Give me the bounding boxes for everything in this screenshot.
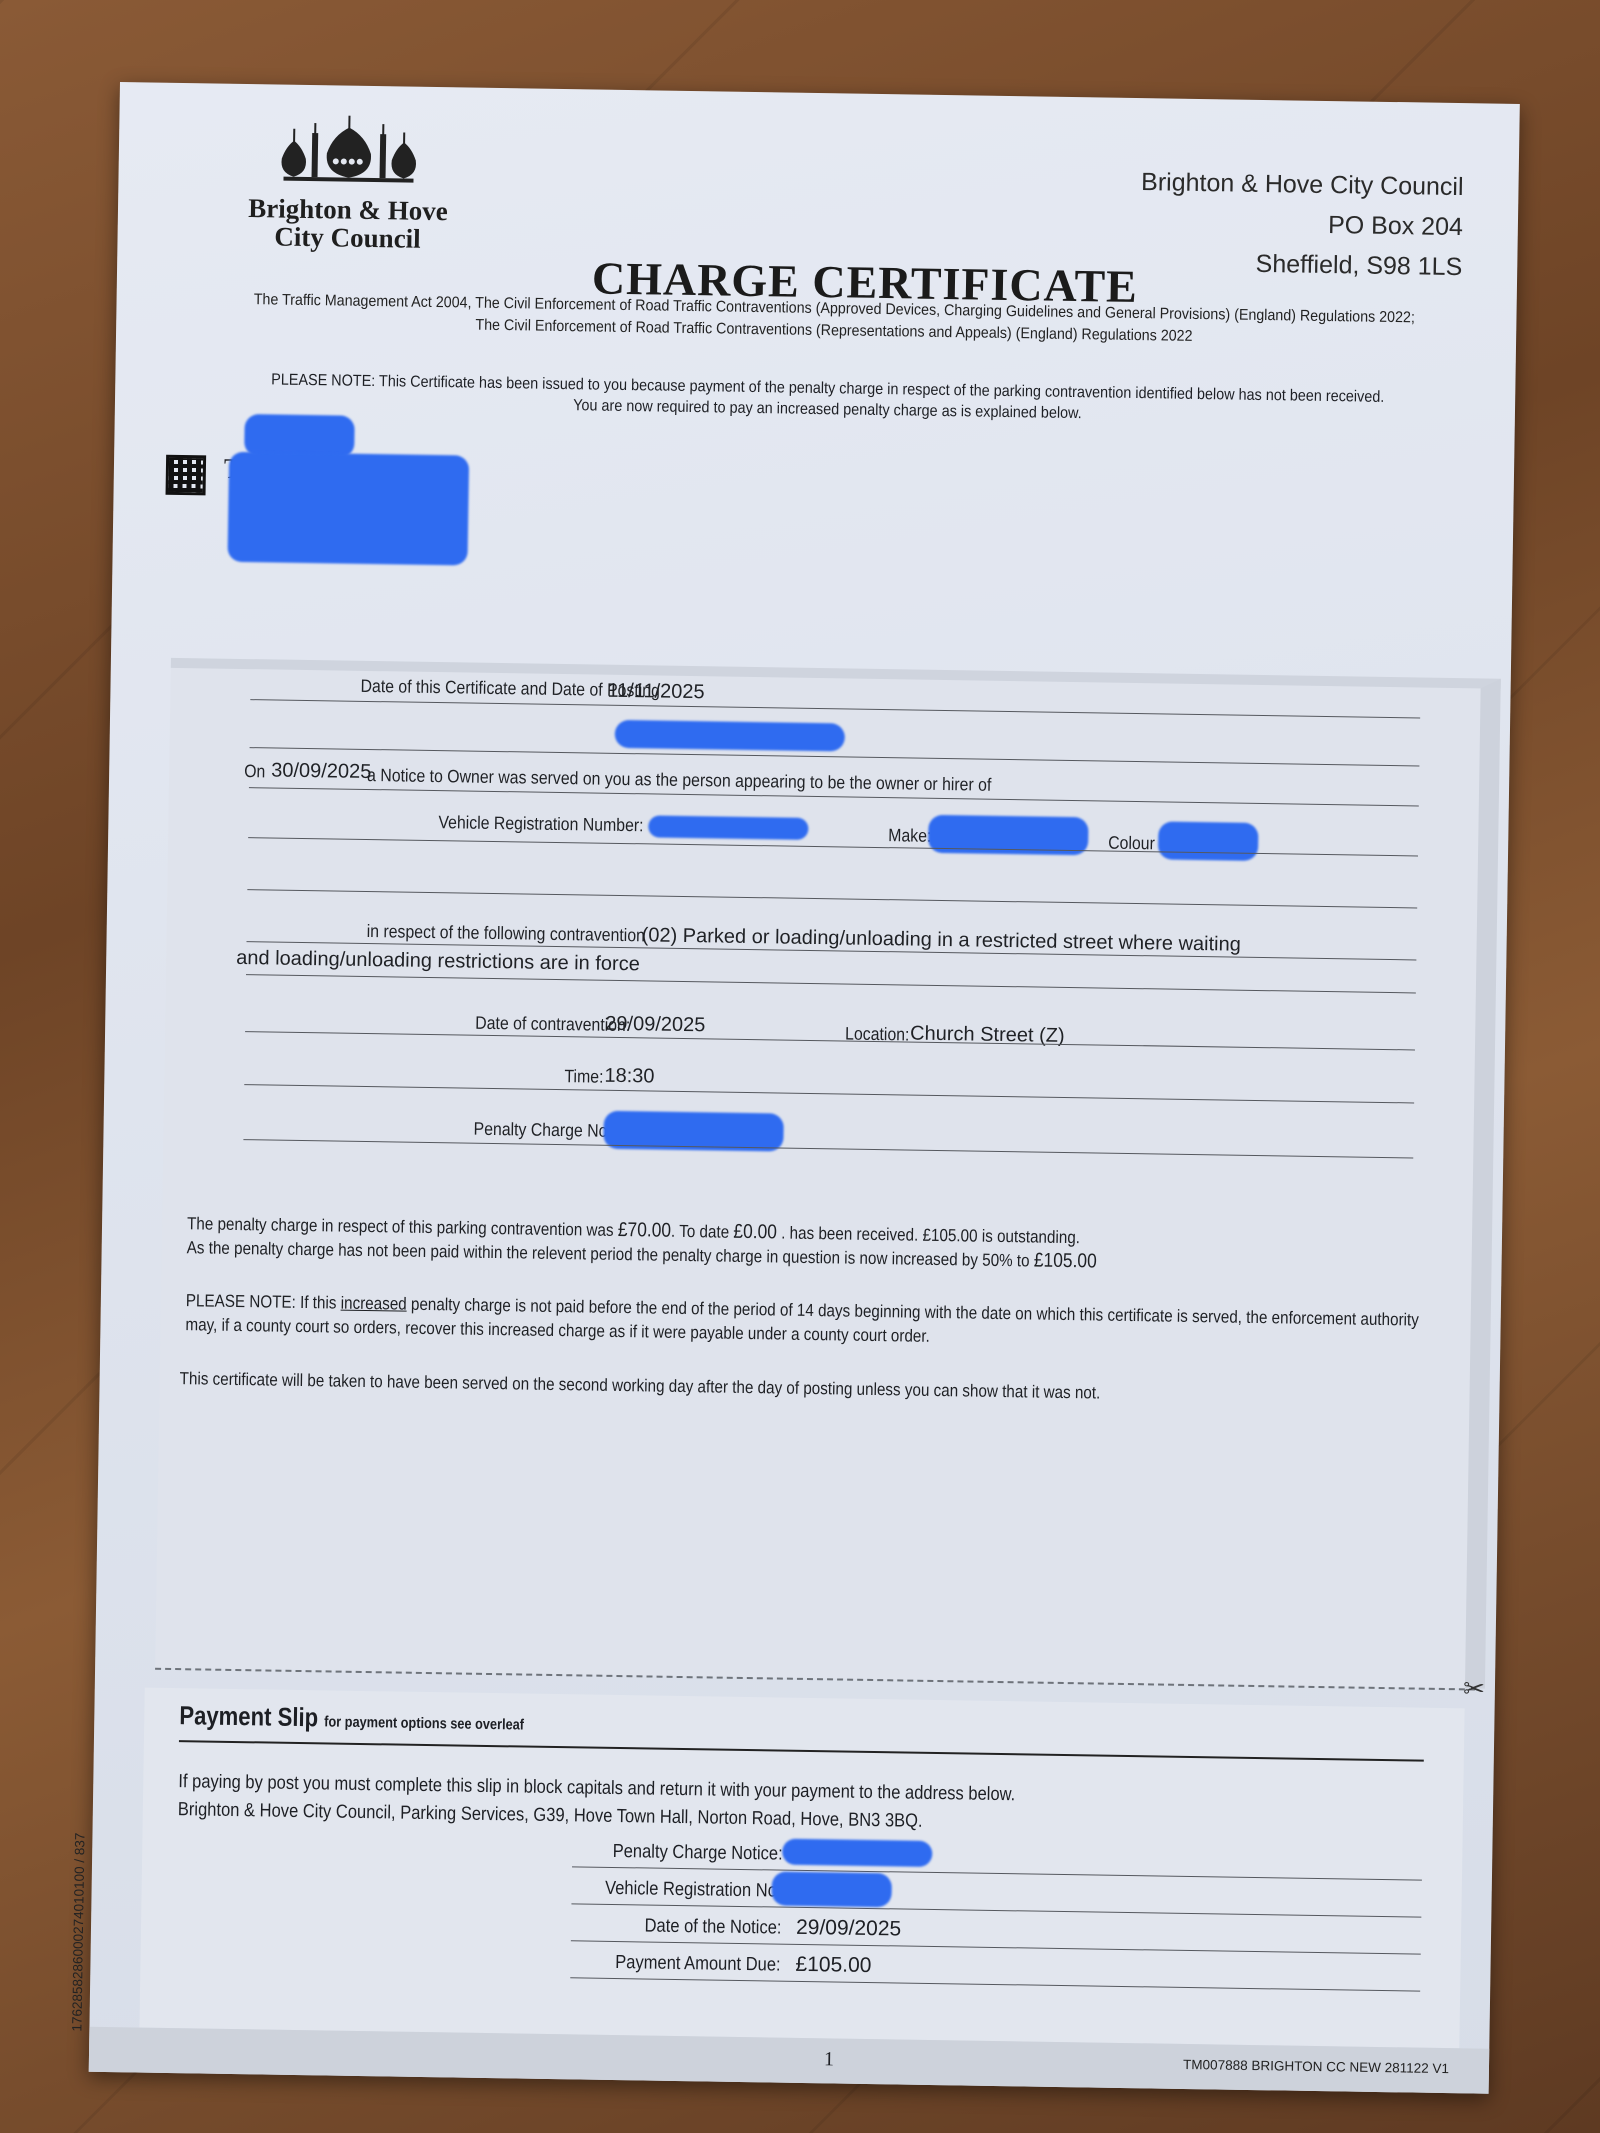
- redacted-colour: [1158, 821, 1259, 861]
- date-contravention-value: 29/09/2025: [605, 1013, 705, 1038]
- field-line: [243, 1139, 1413, 1158]
- enforcement-note: PLEASE NOTE: If this increased penalty c…: [185, 1288, 1447, 1356]
- return-address: Brighton & Hove City Council PO Box 204 …: [1140, 162, 1464, 287]
- text: . To date: [671, 1221, 729, 1242]
- please-note-header: PLEASE NOTE: This Certificate has been i…: [175, 368, 1480, 430]
- charge-summary: The penalty charge in respect of this pa…: [187, 1211, 1449, 1279]
- slip-label: Penalty Charge Notice:: [612, 1841, 782, 1866]
- time-value: 18:30: [604, 1065, 654, 1089]
- text: PLEASE NOTE: If this: [186, 1290, 337, 1312]
- slip-instructions: If paying by post you must complete this…: [178, 1768, 1310, 1842]
- pavilion-domes-icon: [273, 114, 424, 196]
- amount-due-value: £105.00: [795, 1953, 871, 1978]
- page-number: 1: [824, 2048, 834, 2071]
- return-address-line: Brighton & Hove City Council: [1141, 162, 1464, 207]
- contravention-description-2: and loading/unloading restrictions are i…: [236, 947, 640, 976]
- charge-certificate-document: Brighton & Hove City Council Brighton & …: [89, 82, 1520, 2094]
- text: The penalty charge in respect of this pa…: [187, 1213, 614, 1240]
- redacted-pcn: [782, 1839, 932, 1867]
- certificate-date-value: 11/11/2025: [607, 680, 704, 705]
- redacted-vrn: [648, 815, 808, 840]
- datamatrix-code: [166, 455, 207, 496]
- slip-label: Date of the Notice:: [644, 1915, 781, 1939]
- scissors-icon: ✂: [1463, 1673, 1485, 1704]
- divider: [179, 1740, 1424, 1762]
- council-name-line2: City Council: [227, 222, 467, 254]
- make-label: Make:: [888, 825, 931, 847]
- text: . has been received.: [781, 1223, 918, 1245]
- field-line: [245, 1031, 1415, 1050]
- field-line: [247, 889, 1417, 908]
- side-reference-number: 1762858286000274010100 / 837: [69, 1833, 87, 2032]
- slip-subtitle: for payment options see overleaf: [324, 1713, 524, 1733]
- vrn-label: Vehicle Registration Number:: [438, 812, 643, 836]
- underlined-text: increased: [341, 1293, 407, 1314]
- return-address-line: Sheffield, S98 1LS: [1140, 242, 1463, 287]
- text: is outstanding.: [982, 1226, 1080, 1248]
- redacted-vrn: [771, 1871, 892, 1907]
- redacted-field: [615, 720, 845, 752]
- original-charge: £70.00: [618, 1219, 672, 1242]
- slip-label: Payment Amount Due:: [615, 1952, 781, 1977]
- paid-to-date: £0.00: [733, 1221, 777, 1244]
- slip-label: Vehicle Registration No:: [605, 1878, 782, 1903]
- notice-date-value: 29/09/2025: [796, 1916, 901, 1942]
- payment-slip: Payment Slip for payment options see ove…: [139, 1688, 1464, 2049]
- outstanding-amount: £105.00: [922, 1225, 977, 1246]
- notice-date: 30/09/2025: [271, 759, 371, 784]
- increased-charge: £105.00: [1034, 1250, 1097, 1273]
- contravention-label: in respect of the following contraventio…: [367, 921, 646, 946]
- council-name-line1: Brighton & Hove: [228, 194, 468, 226]
- council-logo: Brighton & Hove City Council: [227, 114, 469, 254]
- payment-slip-title: Payment Slip for payment options see ove…: [179, 1700, 524, 1736]
- legislation-text: The Traffic Management Act 2004, The Civ…: [176, 288, 1492, 353]
- service-note: This certificate will be taken to have b…: [179, 1366, 1441, 1410]
- field-line: [244, 1084, 1414, 1103]
- return-address-line: PO Box 204: [1140, 202, 1463, 247]
- slip-title-text: Payment Slip: [179, 1700, 318, 1732]
- certificate-details-box: Date of this Certificate and Date of Pos…: [155, 658, 1501, 1689]
- notice-prefix: On: [244, 761, 265, 782]
- redacted-address: [227, 452, 469, 566]
- redacted-address: [244, 414, 355, 458]
- field-line: [250, 699, 1420, 718]
- time-label: Time:: [564, 1066, 603, 1088]
- field-line: [246, 974, 1416, 993]
